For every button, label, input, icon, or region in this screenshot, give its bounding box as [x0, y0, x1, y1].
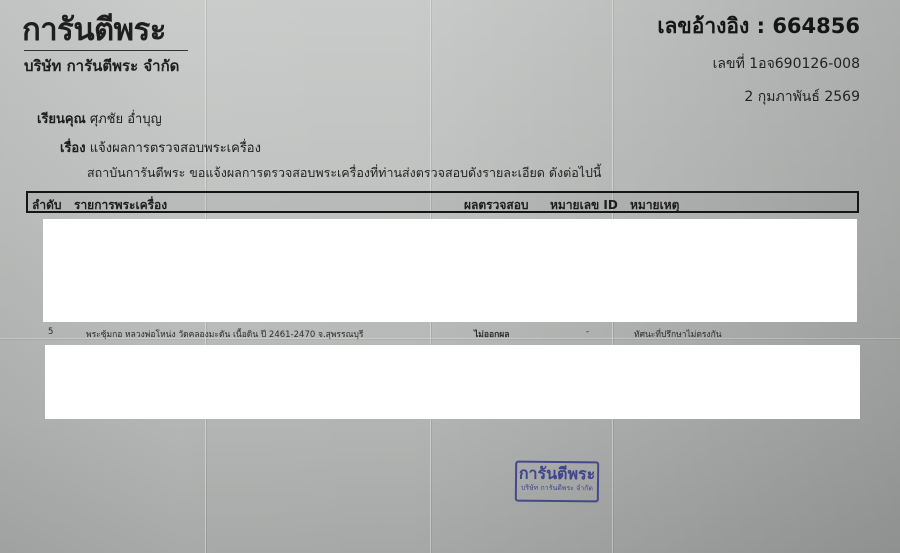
company-name: บริษัท การันตีพระ จำกัด — [24, 54, 188, 78]
recipient-line: เรียนคุณ ศุภชัย อ่ำบุญ — [37, 108, 162, 129]
row-id: - — [586, 327, 589, 337]
reference-number: เลขอ้างอิง : 664856 — [657, 10, 860, 43]
body-text: สถาบันการันตีพระ ขอแจ้งผลการตรวจสอบพระเค… — [87, 163, 601, 183]
logo-text: การันตีพระ — [22, 12, 188, 48]
row-note: ทัศนะที่ปรึกษาไม่ตรงกัน — [634, 327, 722, 341]
reference-block: เลขอ้างอิง : 664856 เลขที่ 1อจ690126-008… — [657, 10, 860, 108]
company-stamp: การันตีพระ บริษัท การันตีพระ จำกัด — [515, 461, 599, 503]
recipient-label: เรียนคุณ — [37, 112, 86, 127]
recipient-name: ศุภชัย อ่ำบุญ — [90, 112, 162, 127]
subject-line: เรื่อง แจ้งผลการตรวจสอบพระเครื่อง — [60, 137, 261, 158]
logo-divider — [24, 50, 188, 51]
header-result: ผลตรวจสอบ — [464, 196, 529, 215]
results-table-header: ลำดับ รายการพระเครื่อง ผลตรวจสอบ หมายเลข… — [26, 191, 859, 213]
table-row: 5 พระซุ้มกอ หลวงพ่อโหน่ง วัดคลองมะดัน เน… — [26, 323, 859, 343]
document-date: 2 กุมภาพันธ์ 2569 — [657, 86, 860, 108]
header-id: หมายเลข ID — [550, 196, 618, 215]
row-no: 5 — [48, 327, 53, 337]
header-no: ลำดับ — [32, 196, 62, 215]
stamp-logo-text: การันตีพระ — [517, 464, 597, 485]
document-number: เลขที่ 1อจ690126-008 — [657, 53, 860, 75]
company-logo: การันตีพระ บริษัท การันตีพระ จำกัด — [22, 12, 188, 78]
stamp-company-name: บริษัท การันตีพระ จำกัด — [517, 484, 597, 494]
header-item: รายการพระเครื่อง — [74, 196, 167, 215]
subject-label: เรื่อง — [60, 141, 86, 156]
row-result: ไม่ออกผล — [474, 327, 509, 341]
subject-text: แจ้งผลการตรวจสอบพระเครื่อง — [90, 141, 261, 156]
header-note: หมายเหตุ — [630, 196, 679, 215]
redacted-block — [45, 345, 860, 419]
redacted-block — [43, 219, 857, 322]
row-item: พระซุ้มกอ หลวงพ่อโหน่ง วัดคลองมะดัน เนื้… — [86, 327, 363, 341]
